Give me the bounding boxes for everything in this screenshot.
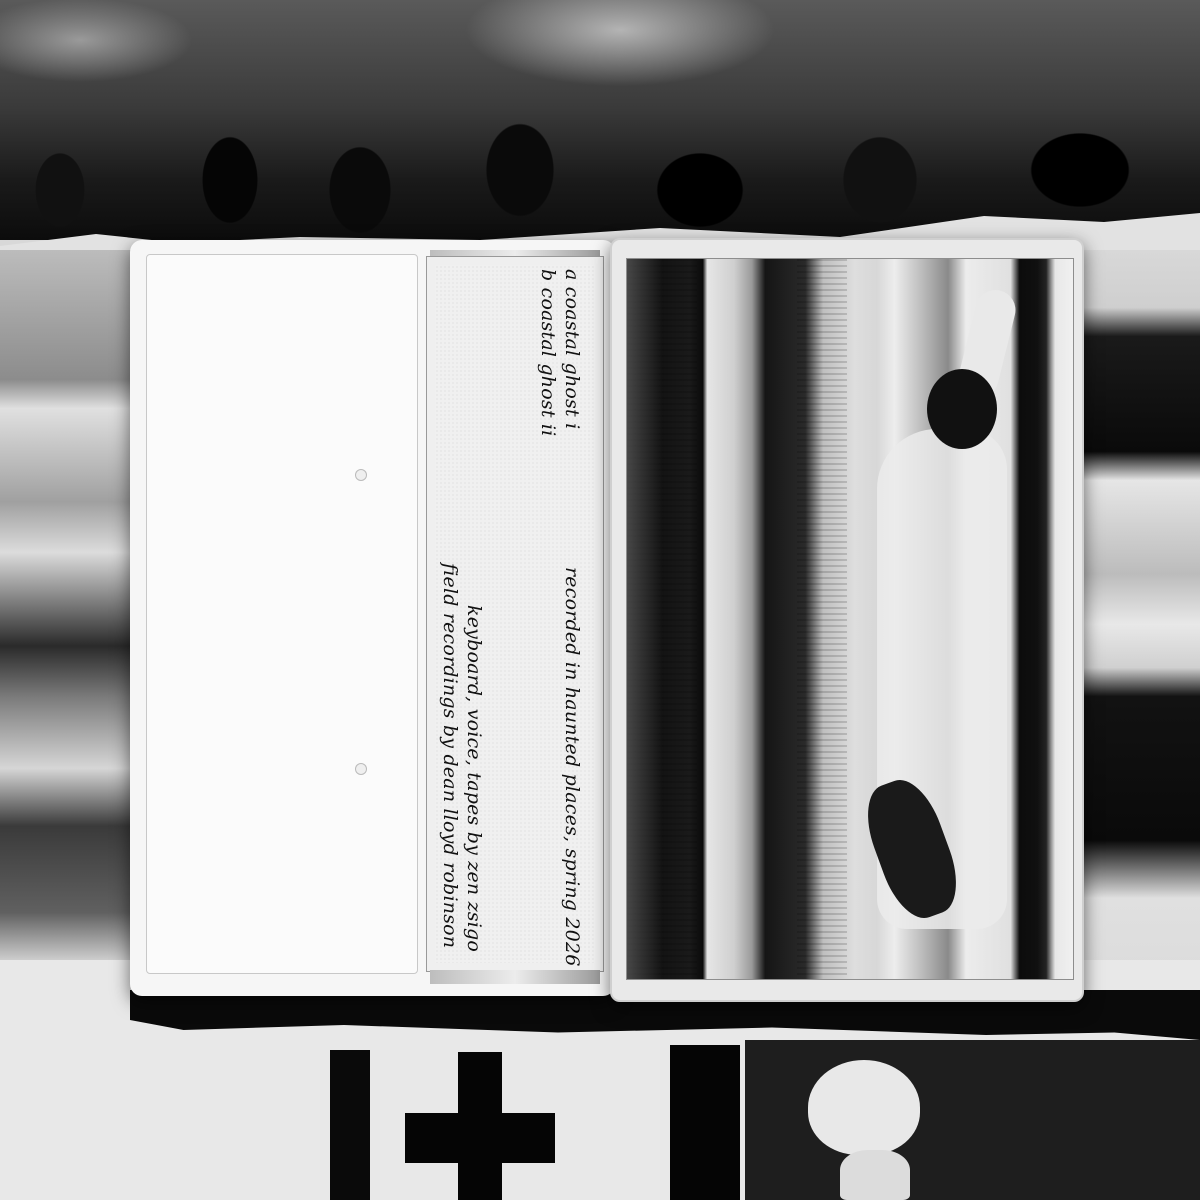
urn-icon (808, 1060, 920, 1155)
track-a: a coastal ghost i (561, 269, 583, 429)
cover-texture (797, 259, 847, 979)
case-front (610, 238, 1084, 1002)
cover-texture (627, 259, 697, 979)
credit-field-recordings: field recordings by dean lloyd robinson (439, 563, 461, 948)
lid-peg (355, 763, 367, 775)
background-pillar-2 (670, 1045, 740, 1200)
credit-recorded: recorded in haunted places, spring 2026 (561, 567, 583, 967)
track-b: b coastal ghost ii (537, 269, 559, 436)
cassette-case: a coastal ghost i b coastal ghost ii rec… (130, 238, 1080, 998)
cover-art (626, 258, 1074, 980)
background-left-strip (0, 250, 140, 970)
jcard-inner-panel: a coastal ghost i b coastal ghost ii rec… (426, 256, 604, 972)
lid-peg (355, 469, 367, 481)
credit-performer: keyboard, voice, tapes by zen zsigo (463, 605, 485, 952)
background-right-strip (1080, 250, 1200, 970)
background-pillar (330, 1050, 370, 1200)
cross-icon-bar (405, 1113, 555, 1163)
hinge-clip (430, 970, 600, 984)
lid-inner-panel (146, 254, 418, 974)
cover-figure-head (927, 369, 997, 449)
jcard-paper: a coastal ghost i b coastal ghost ii rec… (435, 265, 595, 963)
urn-base (840, 1150, 910, 1200)
case-lid: a coastal ghost i b coastal ghost ii rec… (130, 240, 615, 996)
